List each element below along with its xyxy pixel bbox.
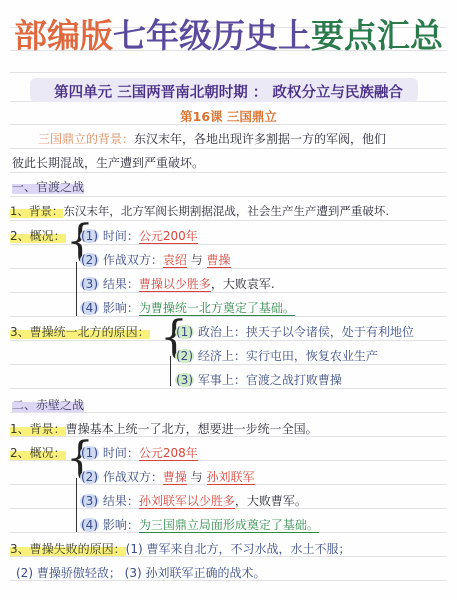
s1-reason-2: (2) 经济上：实行屯田，恢复农业生产 bbox=[175, 347, 378, 364]
s1-background-label: 1、背景： bbox=[10, 204, 63, 218]
title-part3: 要点汇总 bbox=[311, 16, 443, 55]
s2-overview-row-2: (2) 作战双方：曹操 与 孙刘联军 bbox=[80, 468, 255, 485]
lesson-title: 第16课 三国鼎立 bbox=[0, 107, 457, 125]
section2-heading: 二、赤壁之战 bbox=[12, 396, 84, 413]
s2-overview-row-3: (3) 结果：孙刘联军以少胜多，大败曹军。 bbox=[80, 492, 307, 509]
s1-reasons-label: 3、曹操统一北方的原因： bbox=[10, 323, 150, 340]
section2-background: 1、背景：曹操基本上统一了北方，想要进一步统一全国。 bbox=[10, 420, 318, 437]
background-line-2: 彼此长期混战，生产遭到严重破坏。 bbox=[12, 154, 204, 171]
s2-failure-label: 3、曹操失败的原因： bbox=[10, 542, 126, 556]
s2-failure-line-1: (1) 曹军来自北方，不习水战，水土不服； bbox=[126, 542, 351, 556]
bracket-line bbox=[76, 478, 77, 532]
s2-overview-label: 2、概况： bbox=[10, 444, 66, 461]
background-text-1: 东汉末年，各地出现许多割据一方的军阀，他们 bbox=[134, 132, 386, 146]
background-label: 三国鼎立的背景： bbox=[38, 132, 134, 146]
title-part2: 七年级历史上 bbox=[113, 16, 311, 55]
s1-overview-row-1: (1) 时间：公元200年 bbox=[80, 227, 198, 244]
page-title: 部编版七年级历史上要点汇总 bbox=[0, 10, 457, 57]
s2-overview-row-4: (4) 影响：为三国鼎立局面形成奠定了基础。 bbox=[80, 516, 319, 533]
title-part1: 部编版 bbox=[14, 16, 113, 55]
s1-reason-3: (3) 军事上：官渡之战打败曹操 bbox=[175, 371, 342, 388]
s1-overview-label: 2、概况： bbox=[10, 227, 66, 244]
s2-background-label: 1、背景： bbox=[10, 422, 66, 436]
unit-title: 第四单元 三国两晋南北朝时期 ： 政权分立与民族融合 bbox=[0, 81, 457, 102]
s2-failure-reasons: 3、曹操失败的原因：(1) 曹军来自北方，不习水战，水土不服； bbox=[10, 540, 350, 557]
bracket-line bbox=[76, 262, 77, 316]
s1-reason-1: (1) 政治上：挟天子以令诸侯，处于有利地位 bbox=[175, 323, 414, 340]
s2-overview-row-1: (1) 时间：公元208年 bbox=[80, 444, 198, 461]
bracket-line bbox=[170, 356, 171, 386]
s2-failure-line-2: (2) 曹操骄傲轻敌； (3) 孙刘联军正确的战术。 bbox=[16, 564, 265, 581]
s2-background-text: 曹操基本上统一了北方，想要进一步统一全国。 bbox=[66, 422, 318, 436]
section1-heading: 一、官渡之战 bbox=[12, 178, 84, 195]
s1-background-text: 东汉末年，北方军阀长期割据混战，社会生产生产遭到严重破坏. bbox=[63, 204, 389, 218]
s1-overview-row-2: (2) 作战双方：袁绍 与 曹操 bbox=[80, 251, 231, 268]
background-line-1: 三国鼎立的背景：东汉末年，各地出现许多割据一方的军阀，他们 bbox=[38, 130, 386, 147]
s1-overview-row-3: (3) 结果：曹操以少胜多，大败袁军. bbox=[80, 275, 275, 292]
